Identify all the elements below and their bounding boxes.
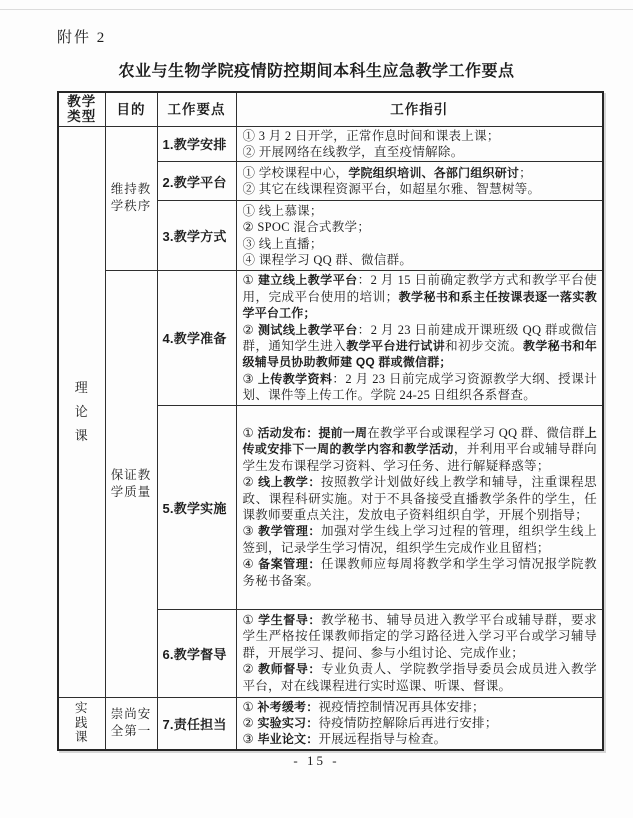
work-point-label: 6.教学督导 bbox=[157, 609, 236, 697]
teaching-type-cell: 实践课 bbox=[58, 697, 105, 750]
work-point-label: 3.教学方式 bbox=[157, 201, 236, 271]
guidance-item: ① 3 月 2 日开学，正常作息时间和课表上课； bbox=[243, 128, 598, 144]
guidance-item: ① 活动发布：提前一周在教学平台或课程学习 QQ 群、微信群上传或安排下一周的教… bbox=[243, 425, 598, 474]
guidance-item: ① 补考缓考：视疫情控制情况再具体安排； bbox=[243, 699, 598, 715]
work-point-label: 4.教学准备 bbox=[157, 271, 236, 405]
work-points-table: 教学类型 目的 工作要点 工作指引 理论课维持教学秩序1.教学安排① 3 月 2… bbox=[57, 91, 604, 751]
guidance-item: ④ 课程学习 QQ 群、微信群。 bbox=[243, 252, 598, 268]
guidance-cell: ① 线上慕课；② SPOC 混合式教学；③ 线上直播；④ 课程学习 QQ 群、微… bbox=[236, 201, 603, 271]
document-title: 农业与生物学院疫情防控期间本科生应急教学工作要点 bbox=[0, 58, 633, 81]
table-row: 实践课崇尚安全第一7.责任担当① 补考缓考：视疫情控制情况再具体安排；② 实验实… bbox=[58, 697, 603, 750]
guidance-item: ③ 上传教学资料：2 月 23 日前完成学习资源教学大纲、授课计划、课件等上传工… bbox=[243, 371, 598, 404]
guidance-item: ③ 线上直播； bbox=[243, 236, 598, 252]
guidance-item: ③ 毕业论文：开展远程指导与检查。 bbox=[243, 731, 598, 747]
purpose-cell: 维持教学秩序 bbox=[105, 126, 157, 271]
guidance-item: ② 测试线上教学平台：2 月 23 日前建成开课班级 QQ 群或微信群，通知学生… bbox=[243, 322, 598, 371]
guidance-item: ② 线上教学：按照教学计划做好线上教学和辅导，注重课程思政、课程科研实施。对于不… bbox=[243, 474, 598, 523]
guidance-item: ② 开展网络在线教学，直至疫情解除。 bbox=[243, 144, 598, 160]
guidance-cell: ① 学校课程中心，学院组织培训、各部门组织研讨；② 其它在线课程资源平台，如超星… bbox=[236, 162, 603, 201]
table-row: 保证教学质量4.教学准备① 建立线上教学平台：2 月 15 日前确定教学方式和教… bbox=[58, 271, 603, 405]
guidance-item: ② SPOC 混合式教学； bbox=[243, 219, 598, 235]
work-point-label: 5.教学实施 bbox=[157, 405, 236, 609]
attachment-label: 附件 2 bbox=[57, 26, 106, 47]
work-point-label: 1.教学安排 bbox=[157, 126, 236, 162]
table-row: 理论课维持教学秩序1.教学安排① 3 月 2 日开学，正常作息时间和课表上课；②… bbox=[58, 126, 603, 162]
guidance-cell: ① 3 月 2 日开学，正常作息时间和课表上课；② 开展网络在线教学，直至疫情解… bbox=[236, 126, 603, 162]
guidance-cell: ① 学生督导：教学秘书、辅导员进入教学平台或辅导群，要求学生严格按任课教师指定的… bbox=[236, 609, 603, 697]
guidance-item: ④ 备案管理：任课教师应每周将教学和学生学习情况报学院教务秘书备案。 bbox=[243, 556, 598, 589]
guidance-item: ② 教师督导：专业负责人、学院教学指导委员会成员进入教学平台，对在线课程进行实时… bbox=[243, 661, 598, 694]
guidance-item: ① 学校课程中心，学院组织培训、各部门组织研讨； bbox=[243, 165, 598, 181]
guidance-item: ② 实验实习：待疫情防控解除后再进行安排； bbox=[243, 715, 598, 731]
guidance-item: ① 建立线上教学平台：2 月 15 日前确定教学方式和教学平台使用，完成平台使用… bbox=[243, 272, 598, 321]
document-page: { "page": { "attachment_label": "附件 2", … bbox=[0, 0, 633, 818]
table-header-row: 教学类型 目的 工作要点 工作指引 bbox=[58, 92, 603, 126]
guidance-cell: ① 建立线上教学平台：2 月 15 日前确定教学方式和教学平台使用，完成平台使用… bbox=[236, 271, 603, 405]
teaching-type-cell: 理论课 bbox=[58, 126, 105, 697]
header-teaching-type: 教学类型 bbox=[58, 92, 105, 126]
guidance-cell: ① 补考缓考：视疫情控制情况再具体安排；② 实验实习：待疫情防控解除后再进行安排… bbox=[236, 697, 603, 750]
header-guidance: 工作指引 bbox=[236, 92, 603, 126]
guidance-item: ③ 教学管理：加强对学生线上学习过程的管理，组织学生线上签到，记录学生学习情况，… bbox=[243, 523, 598, 556]
header-purpose: 目的 bbox=[105, 92, 157, 126]
guidance-item: ② 其它在线课程资源平台，如超星尔雅、智慧树等。 bbox=[243, 181, 598, 197]
page-number: - 15 - bbox=[0, 753, 633, 769]
guidance-item: ① 线上慕课； bbox=[243, 203, 598, 219]
table-body: 理论课维持教学秩序1.教学安排① 3 月 2 日开学，正常作息时间和课表上课；②… bbox=[58, 126, 603, 750]
header-work-point: 工作要点 bbox=[157, 92, 236, 126]
work-point-label: 7.责任担当 bbox=[157, 697, 236, 750]
guidance-item: ① 学生督导：教学秘书、辅导员进入教学平台或辅导群，要求学生严格按任课教师指定的… bbox=[243, 612, 598, 661]
guidance-cell: ① 活动发布：提前一周在教学平台或课程学习 QQ 群、微信群上传或安排下一周的教… bbox=[236, 405, 603, 609]
scan-artifact-line bbox=[0, 9, 633, 10]
purpose-cell: 崇尚安全第一 bbox=[105, 697, 157, 750]
purpose-cell: 保证教学质量 bbox=[105, 271, 157, 697]
work-point-label: 2.教学平台 bbox=[157, 162, 236, 201]
